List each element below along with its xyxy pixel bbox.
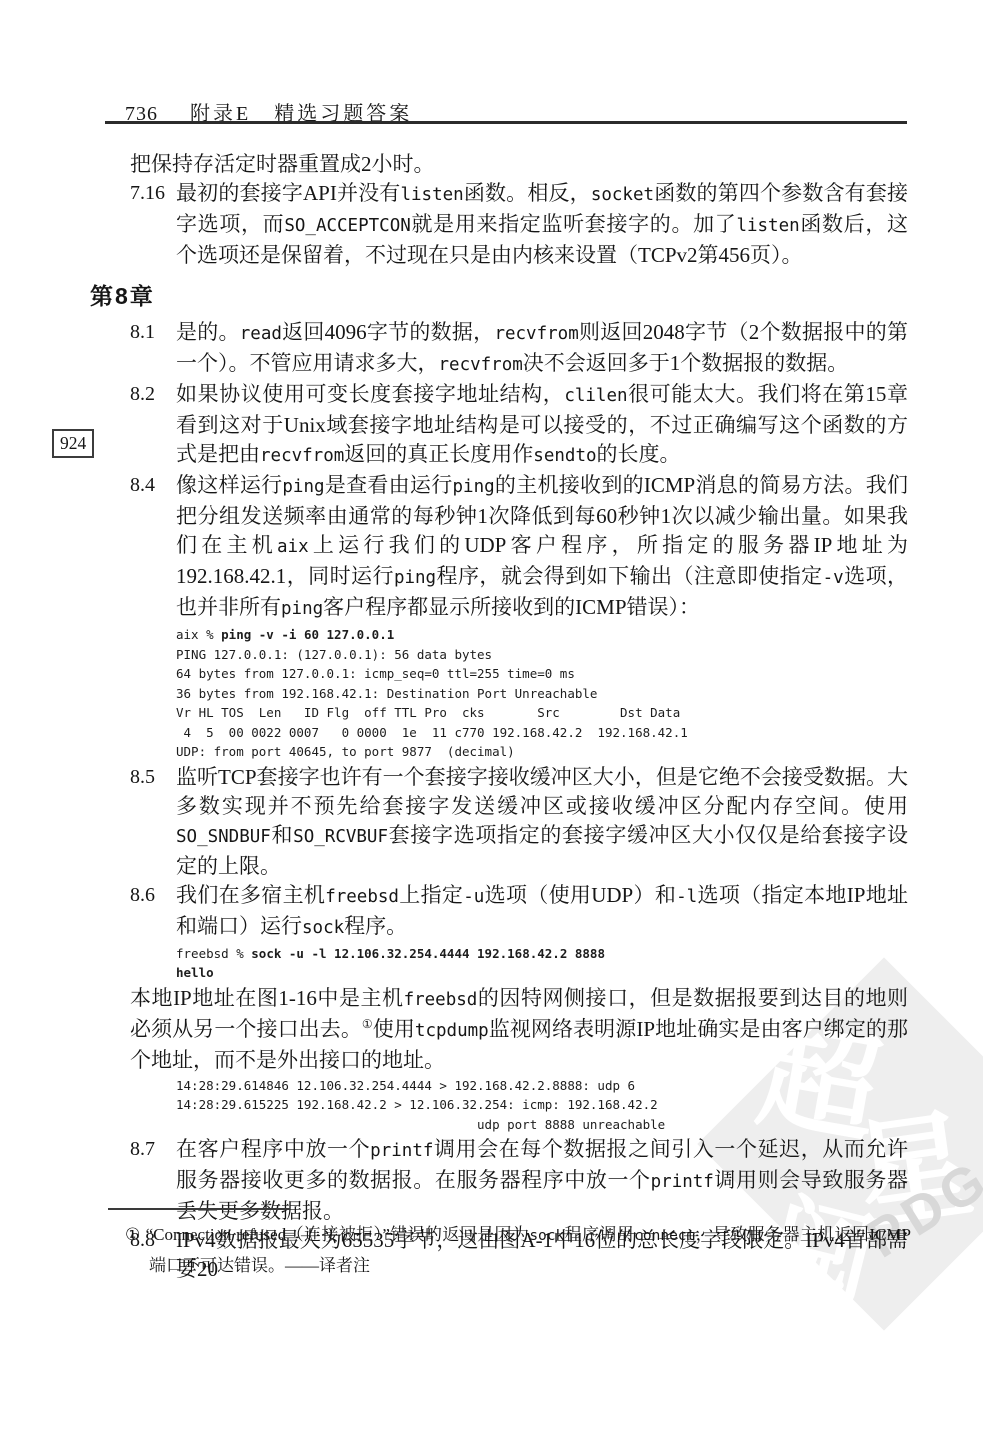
- content-flow: 把保持存活定时器重置成2小时。7.16最初的套接字API并没有listen函数。…: [130, 150, 908, 1284]
- text-segment: 程序，就会得到如下输出（注意即使指定: [436, 564, 823, 588]
- text-segment: 14:28:29.614846 12.106.32.254.4444 > 192…: [176, 1078, 635, 1093]
- text-segment: 本地IP地址在图1-16中是主机: [130, 986, 404, 1010]
- inline-code: tcpdump: [415, 1021, 489, 1041]
- text-segment: 4 5 00 0022 0007 0 0000 1e 11 c770 192.1…: [176, 725, 688, 740]
- item-number: 8.6: [130, 881, 176, 943]
- text-segment: 和: [271, 823, 293, 847]
- inline-code: ping: [453, 477, 495, 497]
- text-segment: 最初的套接字API并没有: [176, 181, 400, 205]
- inline-code: SO_RCVBUF: [293, 827, 388, 847]
- text-segment: 监听TCP套接字也许有一个套接字接收缓冲区大小，但是它绝不会接受数据。大多数实现…: [176, 765, 908, 818]
- inline-code: SO_ACCEPTCON: [284, 216, 410, 236]
- code-line: 4 5 00 0022 0007 0 0000 1e 11 c770 192.1…: [176, 723, 908, 743]
- inline-code: read: [240, 324, 282, 344]
- inline-code: freebsd: [325, 887, 399, 907]
- text-segment: udp port 8888 unreachable: [176, 1117, 665, 1132]
- inline-code: printf: [651, 1172, 714, 1192]
- inline-code: sock: [529, 1228, 564, 1244]
- text-segment: 14:28:29.615225 192.168.42.2 > 12.106.32…: [176, 1097, 658, 1112]
- inline-code: -v: [823, 568, 844, 588]
- code-line: 14:28:29.614846 12.106.32.254.4444 > 192…: [176, 1076, 908, 1096]
- item-body: 如果协议使用可变长度套接字地址结构，clilen很可能太大。我们将在第15章看到…: [176, 380, 908, 471]
- inline-code: connect: [634, 1228, 695, 1244]
- continuation-paragraph: 本地IP地址在图1-16中是主机freebsd的因特网侧接口，但是数据报要到达目…: [130, 984, 908, 1075]
- text-segment: 程序调用: [564, 1225, 634, 1244]
- item-number: 8.4: [130, 471, 176, 624]
- inline-code: printf: [370, 1141, 433, 1161]
- code-line: 36 bytes from 192.168.42.1: Destination …: [176, 684, 908, 704]
- inline-code: sendto: [533, 446, 596, 466]
- item-number: 8.5: [130, 763, 176, 881]
- text-segment: 上指定: [399, 883, 463, 907]
- text-segment: 就是用来指定监听套接字的。加了: [411, 212, 737, 236]
- text-segment: 函数。相反，: [464, 181, 591, 205]
- item-body: 是的。read返回4096字节的数据，recvfrom则返回2048字节（2个数…: [176, 318, 908, 380]
- text-segment: UDP: from port 40645, to port 9877 (deci…: [176, 744, 515, 759]
- code-block: aix % ping -v -i 60 127.0.0.1PING 127.0.…: [176, 625, 908, 762]
- item-body: 像这样运行ping是查看由运行ping的主机接收到的ICMP消息的简易方法。我们…: [176, 471, 908, 624]
- inline-code: sock -u -l 12.106.32.254.4444 192.168.42…: [251, 946, 605, 961]
- inline-code: ping -v -i 60 127.0.0.1: [221, 627, 394, 642]
- text-segment: 返回4096字节的数据，: [282, 320, 495, 344]
- text-segment: 程序。: [344, 914, 407, 938]
- text-segment: Vr HL TOS Len ID Flg off TTL Pro cks Src…: [176, 705, 680, 720]
- inline-code: listen: [736, 216, 799, 236]
- exercise-item: 8.7在客户程序中放一个printf调用会在每个数据报之间引入一个延迟，从而允许…: [130, 1135, 908, 1226]
- text-segment: 把保持存活定时器重置成2小时。: [130, 152, 435, 176]
- inline-code: recvfrom: [494, 324, 578, 344]
- text-segment: 的长度。: [597, 442, 681, 466]
- code-line: UDP: from port 40645, to port 9877 (deci…: [176, 742, 908, 762]
- chapter-heading: 第8章: [90, 280, 908, 312]
- text-segment: ①: [362, 1017, 373, 1031]
- text-segment: 是的。: [176, 320, 240, 344]
- inline-code: SO_SNDBUF: [176, 827, 271, 847]
- inline-code: ping: [394, 568, 436, 588]
- code-line: Vr HL TOS Len ID Flg off TTL Pro cks Src…: [176, 703, 908, 723]
- code-line: aix % ping -v -i 60 127.0.0.1: [176, 625, 908, 645]
- code-block: freebsd % sock -u -l 12.106.32.254.4444 …: [176, 944, 908, 983]
- text-segment: 像这样运行: [176, 473, 282, 497]
- text-segment: PING 127.0.0.1: (127.0.0.1): 56 data byt…: [176, 647, 492, 662]
- exercise-item: 7.16最初的套接字API并没有listen函数。相反，socket函数的第四个…: [130, 179, 908, 270]
- inline-code: -u: [463, 887, 484, 907]
- inline-code: -l: [676, 887, 697, 907]
- header-rule: [105, 121, 907, 124]
- text-segment: 客户程序都显示所接收到的ICMP错误）：: [323, 595, 700, 619]
- continuation-paragraph: 把保持存活定时器重置成2小时。: [130, 150, 908, 179]
- code-line: udp port 8888 unreachable: [176, 1115, 908, 1135]
- code-line: 64 bytes from 127.0.0.1: icmp_seq=0 ttl=…: [176, 664, 908, 684]
- footnote-rule: [108, 1208, 290, 1210]
- inline-code: ping: [282, 477, 324, 497]
- inline-code: aix: [277, 537, 309, 557]
- inline-code: sock: [302, 918, 344, 938]
- book-page: 超 星 阅 PDG 736附录E 精选习题答案 924 把保持存活定时器重置成2…: [0, 0, 983, 1447]
- exercise-item: 8.6我们在多宿主机freebsd上指定-u选项（使用UDP）和-l选项（指定本…: [130, 881, 908, 943]
- text-segment: 决不会返回多于1个数据报的数据。: [523, 351, 849, 375]
- text-segment: freebsd %: [176, 946, 251, 961]
- item-body: 监听TCP套接字也许有一个套接字接收缓冲区大小，但是它绝不会接受数据。大多数实现…: [176, 763, 908, 881]
- item-number: 7.16: [130, 179, 176, 270]
- footnote: ①“Connection refused（连接被拒）”错误的返回是因为sock程…: [125, 1220, 911, 1280]
- text-segment: 在客户程序中放一个: [176, 1137, 370, 1161]
- inline-code: recvfrom: [260, 446, 344, 466]
- text-segment: 64 bytes from 127.0.0.1: icmp_seq=0 ttl=…: [176, 666, 575, 681]
- item-body: 最初的套接字API并没有listen函数。相反，socket函数的第四个参数含有…: [176, 179, 908, 270]
- inline-code: recvfrom: [439, 355, 523, 375]
- text-segment: 我们在多宿主机: [176, 883, 325, 907]
- inline-code: hello: [176, 965, 214, 980]
- inline-code: listen: [400, 185, 463, 205]
- exercise-item: 8.1是的。read返回4096字节的数据，recvfrom则返回2048字节（…: [130, 318, 908, 380]
- text-segment: 如果协议使用可变长度套接字地址结构，: [176, 382, 564, 406]
- exercise-item: 8.5监听TCP套接字也许有一个套接字接收缓冲区大小，但是它绝不会接受数据。大多…: [130, 763, 908, 881]
- code-line: 14:28:29.615225 192.168.42.2 > 12.106.32…: [176, 1095, 908, 1115]
- inline-code: freebsd: [404, 990, 478, 1010]
- footnote-body: “Connection refused（连接被拒）”错误的返回是因为sock程序…: [146, 1225, 911, 1275]
- exercise-item: 8.4像这样运行ping是查看由运行ping的主机接收到的ICMP消息的简易方法…: [130, 471, 908, 624]
- margin-note: 924: [52, 429, 94, 458]
- item-number: 8.7: [130, 1135, 176, 1226]
- item-number: 8.2: [130, 380, 176, 471]
- exercise-item: 8.2如果协议使用可变长度套接字地址结构，clilen很可能太大。我们将在第15…: [130, 380, 908, 471]
- text-segment: 使用: [373, 1017, 415, 1041]
- inline-code: clilen: [564, 386, 627, 406]
- code-block: 14:28:29.614846 12.106.32.254.4444 > 192…: [176, 1076, 908, 1135]
- text-segment: aix %: [176, 627, 221, 642]
- text-segment: 返回的真正长度用作: [344, 442, 533, 466]
- inline-code: ping: [281, 599, 323, 619]
- inline-code: socket: [591, 185, 654, 205]
- code-line: PING 127.0.0.1: (127.0.0.1): 56 data byt…: [176, 645, 908, 665]
- item-body: 在客户程序中放一个printf调用会在每个数据报之间引入一个延迟，从而允许服务器…: [176, 1135, 908, 1226]
- item-body: 我们在多宿主机freebsd上指定-u选项（使用UDP）和-l选项（指定本地IP…: [176, 881, 908, 943]
- code-line: freebsd % sock -u -l 12.106.32.254.4444 …: [176, 944, 908, 964]
- footnote-text: ①“Connection refused（连接被拒）”错误的返回是因为sock程…: [125, 1220, 911, 1280]
- text-segment: 36 bytes from 192.168.42.1: Destination …: [176, 686, 597, 701]
- code-line: hello: [176, 963, 908, 983]
- footnote-marker: ①: [125, 1225, 141, 1244]
- text-segment: 是查看由运行: [325, 473, 453, 497]
- item-number: 8.1: [130, 318, 176, 380]
- text-segment: “Connection refused（连接被拒）”错误的返回是因为: [146, 1225, 530, 1244]
- text-segment: 选项（使用UDP）和: [484, 883, 676, 907]
